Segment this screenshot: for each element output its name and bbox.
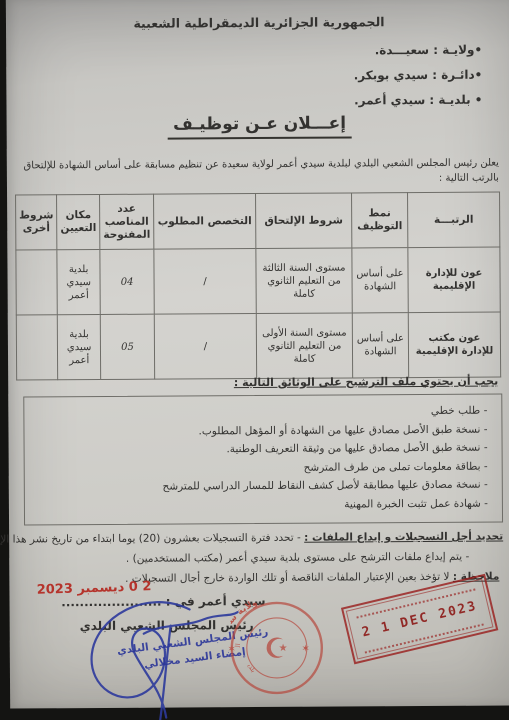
cell-conditions: مستوى السنة الأولى من التعليم الثانوي كا… bbox=[256, 313, 352, 379]
stamp-star-right-icon: ✶ bbox=[301, 644, 309, 655]
cell-location: بلدية سيدي أعمر bbox=[57, 249, 100, 314]
daira-text: دائـرة : سيدي بوبكر. bbox=[354, 68, 475, 83]
republic-header: الجمهورية الجزائرية الديمقراطية الشعبية bbox=[6, 13, 509, 31]
col-other: شروط أخرى bbox=[16, 195, 58, 250]
table-row: عون للإدارة الإقليمية على أساس الشهادة م… bbox=[16, 247, 500, 315]
intro-paragraph: يعلن رئيس المجلس الشعبي البلدي لبلدية سي… bbox=[17, 156, 499, 189]
cell-conditions: مستوى السنة الثالثة من التعليم الثانوي ك… bbox=[256, 248, 352, 314]
col-mode: نمط التوظيف bbox=[352, 193, 408, 248]
commune-line: • بلديـة : سيدي أعمر. bbox=[354, 88, 483, 114]
cell-location: بلدية سيدي أعمر bbox=[58, 314, 101, 379]
cell-rank: عون للإدارة الإقليمية bbox=[408, 247, 500, 313]
cell-specialty: / bbox=[154, 249, 256, 315]
list-item: - نسخة مصادق عليها مطابقة لأصل كشف النقا… bbox=[31, 476, 488, 497]
wilaya-text: ولايـة : سعيـــدة. bbox=[375, 43, 475, 58]
list-item: - نسخة طبق الأصل مصادق عليها من وثيقة ال… bbox=[31, 439, 488, 460]
positions-table: الرتبـــة نمط التوظيف شروط الإلتحاق التخ… bbox=[15, 192, 501, 381]
table-row: عون مكتب للإدارة الإقليمية على أساس الشه… bbox=[16, 312, 500, 380]
documents-heading: يجب أن يحتوي ملف الترشيح على الوثائق الت… bbox=[234, 375, 498, 390]
cell-specialty: / bbox=[154, 314, 256, 380]
svg-text:بلدية سيدي أعمر: بلدية سيدي أعمر bbox=[223, 582, 257, 675]
cell-other bbox=[16, 250, 58, 315]
list-item: - شهادة عمل تثبت الخبرة المهنية bbox=[31, 494, 488, 515]
round-stamp-bottom-text: بلدية سيدي أعمر bbox=[223, 582, 257, 675]
document-paper: الجمهورية الجزائرية الديمقراطية الشعبية … bbox=[6, 0, 509, 709]
col-rank: الرتبـــة bbox=[408, 192, 500, 248]
deadline-text: - تحدد فترة التسجيلات بعشرون (20) يوما ا… bbox=[0, 532, 304, 546]
scanned-document-photo: الجمهورية الجزائرية الديمقراطية الشعبية … bbox=[0, 0, 509, 720]
crescent-star-emblem-icon: ☪ bbox=[264, 632, 289, 665]
daira-line: •دائـرة : سيدي بوبكر. bbox=[354, 63, 483, 89]
round-official-stamp: ولاية سعيدة الجمهورية الجزائرية الديمقرا… bbox=[223, 582, 330, 703]
page-title-text: إعـــلان عـن توظيـف bbox=[167, 113, 352, 139]
col-conditions: شروط الإلتحاق bbox=[256, 193, 352, 249]
cell-mode: على أساس الشهادة bbox=[352, 313, 408, 378]
cell-mode: على أساس الشهادة bbox=[352, 248, 408, 313]
wilaya-line: •ولايـة : سعيـــدة. bbox=[353, 38, 482, 64]
deposit-line: - يتم إيداع ملفات الترشح على مستوى بلدية… bbox=[126, 551, 469, 565]
commune-text: بلديـة : سيدي أعمر. bbox=[354, 93, 471, 108]
table-header-row: الرتبـــة نمط التوظيف شروط الإلتحاق التخ… bbox=[16, 192, 500, 250]
arrival-date-stamp: 2 1 DEC 2023 bbox=[341, 574, 498, 665]
cell-positions: 04 bbox=[100, 249, 154, 314]
deadline-line: تحديد أجل التسجيلات و إيداع الملفات : - … bbox=[15, 531, 503, 546]
deadline-heading: تحديد أجل التسجيلات و إيداع الملفات : bbox=[304, 531, 503, 544]
page-title: إعـــلان عـن توظيـف bbox=[7, 112, 509, 135]
cell-rank: عون مكتب للإدارة الإقليمية bbox=[408, 312, 500, 378]
col-positions: عدد المناصب المفتوحة bbox=[100, 194, 154, 249]
cell-positions: 05 bbox=[100, 314, 154, 379]
col-specialty: التخصص المطلوب bbox=[154, 194, 256, 250]
col-location: مكان التعيين bbox=[57, 194, 100, 249]
documents-list-box: - طلب خطي - نسخة طبق الأصل مصادق عليها م… bbox=[23, 394, 503, 526]
arrival-date-stamp-inner: 2 1 DEC 2023 bbox=[346, 579, 494, 660]
location-block: •ولايـة : سعيـــدة. •دائـرة : سيدي بوبكر… bbox=[353, 38, 482, 114]
cell-other bbox=[16, 315, 58, 380]
stamp-star-left-icon: ✶ bbox=[227, 644, 235, 655]
